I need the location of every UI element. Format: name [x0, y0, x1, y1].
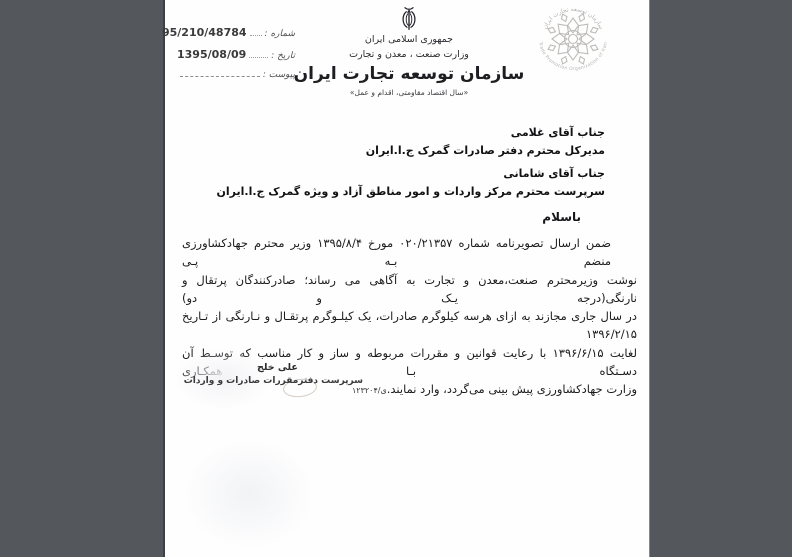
organization-stamp-icon: سازمان توسعه تجارت ایران Trade Promotion… — [530, 6, 616, 72]
recipient-name: جناب آقای شامانی — [216, 167, 605, 180]
scanned-letter-backdrop: شماره : 95/210/48784 تاریخ : 1395/08/09 … — [0, 0, 800, 557]
letterhead-ministry: وزارت صنعت ، معدن و تجارت — [349, 49, 469, 60]
signer-title: سرپرست دفترمقررات صادرات و واردات — [249, 376, 363, 386]
letterhead-country: جمهوری اسلامی ایران — [365, 34, 453, 45]
recipient-title: سرپرست محترم مرکز واردات و امور مناطق آز… — [216, 185, 605, 198]
signer-name: علی خلج — [249, 362, 363, 373]
recipient-name: جناب آقای غلامی — [216, 126, 605, 139]
dotted-leader — [250, 35, 262, 36]
recipients-block: جناب آقای غلامی مدیرکل محترم دفتر صادرات… — [216, 126, 605, 208]
header-fields: شماره : 95/210/48784 تاریخ : 1395/08/09 … — [177, 26, 295, 89]
date-value: 1395/08/09 — [177, 48, 246, 61]
number-value: 95/210/48784 — [162, 26, 247, 39]
closing-text: وزارت جهادکشاورزی پیش بینی می‌گردد، وارد… — [387, 382, 637, 396]
salutation: باسلام — [542, 210, 581, 224]
reference-code: ی/۱۲۳۲۰۴ — [352, 386, 387, 395]
recipient-title: مدیرکل محترم دفتر صادرات گمرک ج.ا.ایران — [216, 144, 605, 157]
signature-block: علی خلج سرپرست دفترمقررات صادرات و واردا… — [249, 362, 363, 386]
body-line: ضمن ارسال تصویرنامه شماره ۰۲۰/۲۱۳۵۷ مورخ… — [182, 234, 637, 271]
body-line: در سال جاری مجازند به ازای هرسه کیلوگرم … — [182, 307, 637, 344]
letterhead-organization: سازمان توسعه تجارت ایران — [294, 64, 525, 84]
letterhead: جمهوری اسلامی ایران وزارت صنعت ، معدن و … — [279, 5, 539, 97]
iran-emblem-icon — [396, 5, 422, 32]
field-number: شماره : 95/210/48784 — [177, 26, 295, 39]
body-line: نوشت وزیرمحترم صنعت،معدن و تجارت به آگاه… — [182, 271, 637, 308]
dotted-leader — [249, 57, 268, 58]
letterhead-slogan: «سال اقتصاد مقاومتی، اقدام و عمل» — [350, 88, 468, 97]
letter-page: شماره : 95/210/48784 تاریخ : 1395/08/09 … — [163, 0, 650, 557]
scan-edge-strip — [792, 0, 800, 557]
scan-smudge — [183, 438, 315, 550]
field-attachment: پیوست : — [177, 70, 295, 80]
dashed-leader — [180, 76, 260, 77]
field-date: تاریخ : 1395/08/09 — [177, 48, 295, 61]
